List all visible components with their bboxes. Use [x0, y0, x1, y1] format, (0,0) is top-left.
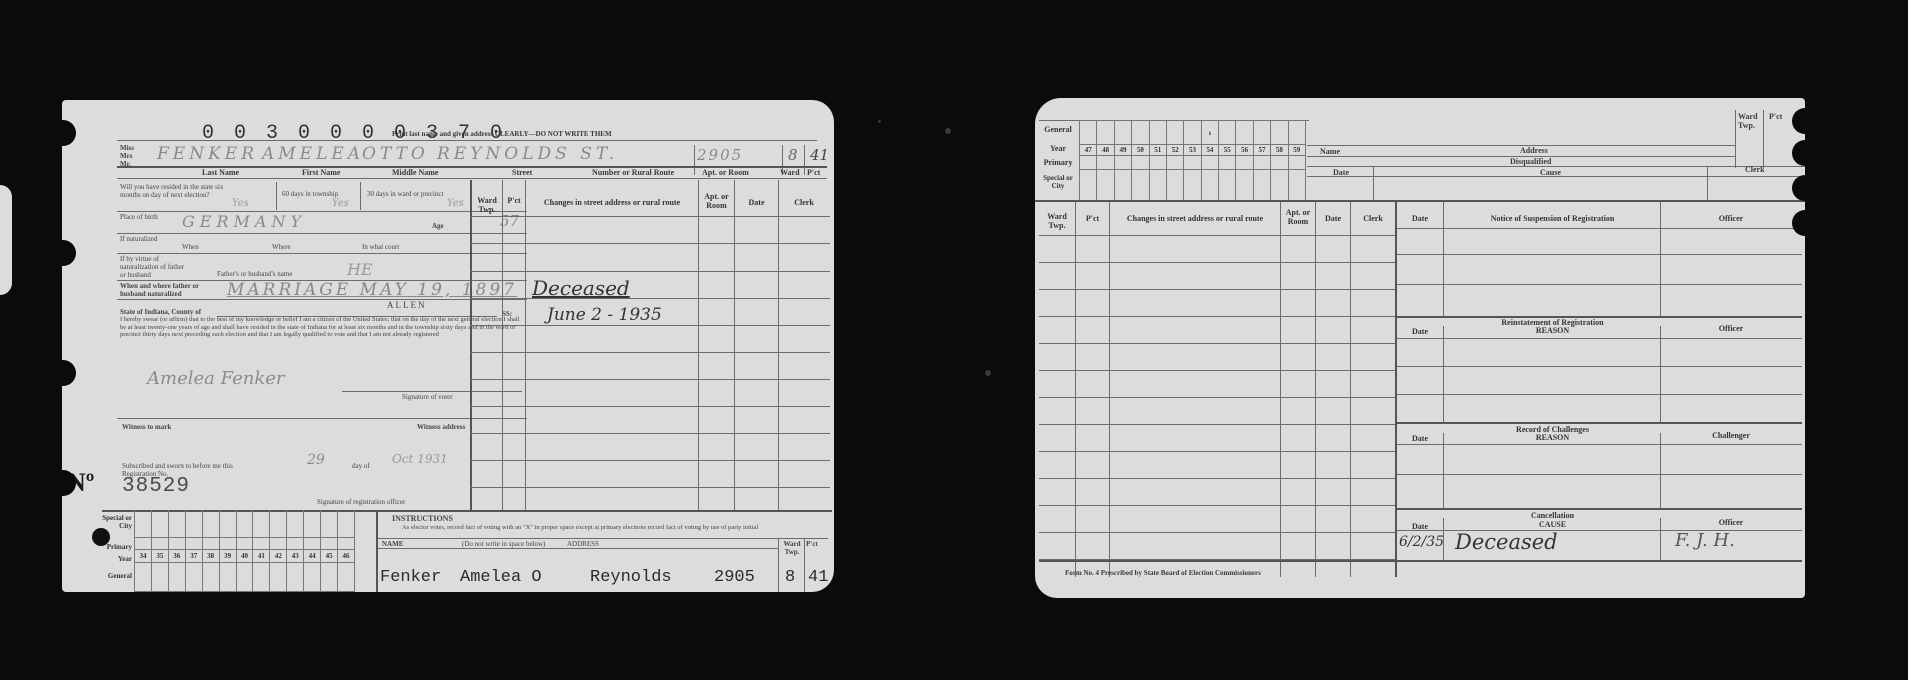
back-ward-label: Ward Twp. [1738, 112, 1763, 130]
cancellation-officer-value: F. J. H. [1675, 530, 1735, 551]
cancellation-col-cause: CAUSE [1445, 520, 1660, 529]
front-year-46: 46 [338, 550, 355, 563]
father-husband-naturalized-label: When and where father or husband natural… [120, 282, 210, 298]
salutation-mrs: Mrs [120, 152, 132, 160]
naturalized-court-label: In what court [362, 243, 399, 251]
back-col-clerk: Clerk [1351, 214, 1395, 223]
reinstatement-col-reason: REASON [1445, 326, 1660, 335]
birth-place-value: GERMANY [182, 212, 306, 231]
back-grid-label-year: Year [1039, 144, 1077, 153]
naturalized-where-label: Where [272, 243, 291, 251]
suspension-col-officer: Officer [1661, 214, 1801, 223]
residence-township-answer: Yes [332, 198, 349, 209]
first-name-label: First Name [302, 168, 340, 177]
number-label: Number or Rural Route [592, 168, 674, 177]
header-instruction: Print last name and given address CLEARL… [392, 130, 612, 139]
back-year-58: 58 [1271, 145, 1288, 156]
back-clerk-label: Clerk [1745, 165, 1765, 174]
back-year-48: 48 [1097, 145, 1114, 156]
back-col-apt: Apt. or Room [1281, 208, 1315, 226]
back-col-date: Date [1316, 214, 1350, 223]
back-year-59: 59 [1289, 145, 1306, 156]
front-year-40: 40 [237, 550, 254, 563]
back-year-52: 52 [1167, 145, 1184, 156]
front-year-36: 36 [169, 550, 186, 563]
front-year-35: 35 [152, 550, 169, 563]
suspension-col-date: Date [1397, 214, 1443, 223]
front-col-date: Date [735, 198, 778, 207]
back-year-53: 53 [1184, 145, 1201, 156]
county-value: ALLEN [387, 301, 427, 309]
back-col-changes: Changes in street address or rural route [1111, 214, 1279, 223]
instructions-title: INSTRUCTIONS [392, 515, 453, 523]
voter-signature: Amelea Fenker [147, 368, 285, 389]
back-general-mark: ı [1202, 121, 1219, 145]
naturalized-label: If naturalized [120, 235, 170, 243]
cancellation-title: Cancellation [1445, 511, 1660, 520]
back-grid-label-special: Special or City [1039, 174, 1077, 190]
back-disqualified-label: Disqualified [1510, 157, 1551, 166]
front-year-34: 34 [135, 550, 152, 563]
last-name-value: FENKER [157, 144, 258, 164]
father-husband-naturalized-value: MARRIAGE MAY 19, 1897 [227, 280, 517, 300]
back-year-55: 55 [1219, 145, 1236, 156]
registrar-signature-label: Signature of registration officer [317, 498, 405, 506]
instructions-no-write-label: (Do not write in space below) [462, 540, 545, 548]
challenges-col-challenger: Challenger [1661, 431, 1801, 440]
cancellation-col-officer: Officer [1661, 518, 1801, 527]
front-year-37: 37 [186, 550, 203, 563]
typed-pct: 41 [808, 568, 828, 587]
ward-label: Ward [780, 168, 800, 177]
subscribed-label: Subscribed and sworn to before me this [122, 462, 233, 470]
residence-state-question: Will you have resided in the state six m… [120, 183, 230, 199]
residence-state-answer: Yes [232, 198, 249, 209]
front-year-41: 41 [253, 550, 270, 563]
form-footer: Form No. 4 Prescribed by State Board of … [1065, 569, 1261, 578]
back-grid-label-primary: Primary [1039, 158, 1077, 167]
middle-name-label: Middle Name [392, 168, 438, 177]
instructions-pct-label: P'ct [806, 540, 818, 548]
front-year-43: 43 [287, 550, 304, 563]
front-voting-grid: 34 35 36 37 38 39 40 41 42 43 44 45 46 [134, 510, 355, 592]
front-year-42: 42 [270, 550, 287, 563]
subscribed-month-year: Oct 1931 [392, 452, 448, 466]
oath-text: I hereby swear (or affirm) that to the b… [120, 316, 525, 339]
last-name-label: Last Name [202, 168, 239, 177]
registration-card-front: 0 0 3 0 0 0 0 3 7 0 Print last name and … [62, 100, 834, 592]
cancellation-date-value: 6/2/35 [1399, 534, 1444, 550]
front-col-ward: Ward Twp. [472, 196, 502, 214]
reinstatement-col-date: Date [1397, 327, 1443, 336]
pct-value: 41 [810, 146, 829, 164]
number-value: 2905 [697, 146, 743, 164]
middle-name-value: OTTO [362, 144, 429, 164]
residence-township-question: 60 days in township [282, 190, 352, 198]
typed-ward: 8 [785, 568, 795, 587]
day-of-label: day of [352, 462, 370, 470]
deceased-note: Deceased [532, 276, 630, 300]
suspension-col-notice: Notice of Suspension of Registration [1445, 214, 1660, 223]
registration-card-back: General Year Primary Special or City ı 4… [1035, 98, 1805, 598]
back-year-47: 47 [1080, 145, 1097, 156]
street-label: Street [512, 168, 532, 177]
front-year-45: 45 [321, 550, 338, 563]
back-grid-label-general: General [1039, 125, 1077, 134]
front-col-clerk: Clerk [779, 198, 829, 207]
signature-voter-label: Signature of voter [402, 393, 453, 401]
deceased-date-note: June 2 - 1935 [547, 305, 662, 325]
front-col-apt: Apt. or Room [699, 192, 734, 210]
back-col-pct: P'ct [1076, 214, 1109, 223]
instructions-ward-label: Ward Twp. [780, 540, 804, 556]
back-name-label: Name [1320, 147, 1340, 156]
back-year-57: 57 [1254, 145, 1271, 156]
back-year-51: 51 [1150, 145, 1167, 156]
front-grid-label-special: Special or City [90, 514, 132, 530]
street-value: REYNOLDS ST. [437, 144, 618, 164]
back-col-ward: Ward Twp. [1039, 212, 1075, 230]
front-col-pct: P'ct [503, 196, 525, 205]
back-year-49: 49 [1115, 145, 1132, 156]
back-year-56: 56 [1236, 145, 1253, 156]
residence-ward-question: 30 days in ward or precinct [367, 190, 447, 198]
back-year-50: 50 [1132, 145, 1149, 156]
front-year-39: 39 [220, 550, 237, 563]
pct-label: P'ct [807, 168, 820, 177]
first-name-value: AMELEA [262, 144, 364, 164]
witness-address-label: Witness address [417, 423, 465, 431]
ward-value: 8 [788, 146, 798, 164]
punch-hole [92, 528, 110, 546]
front-col-changes: Changes in street address or rural route [527, 198, 697, 207]
age-label: Age [432, 222, 444, 230]
apt-label: Apt. or Room [702, 168, 749, 177]
back-address-label: Address [1520, 146, 1548, 155]
birth-place-label: Place of birth [120, 213, 160, 221]
naturalized-when-label: When [182, 243, 199, 251]
residence-ward-answer: Yes [447, 198, 464, 209]
challenges-col-date: Date [1397, 434, 1443, 443]
typed-last-name: Fenker [380, 568, 441, 587]
typed-street: Reynolds [590, 568, 672, 587]
oath-county-line: State of Indiana, County of [120, 308, 201, 316]
instructions-text: As elector votes, record fact of voting … [402, 524, 822, 531]
instructions-name-label: NAME [382, 540, 403, 548]
father-husband-virtue-label: If by virtue of naturalization of father… [120, 255, 190, 279]
registration-number: 38529 [122, 475, 190, 498]
front-grid-label-general: General [90, 572, 132, 580]
salutation-miss: Miss [120, 144, 134, 152]
back-pct-label: P'ct [1769, 112, 1782, 121]
back-year-54: 54 [1202, 145, 1219, 156]
instructions-address-label: ADDRESS [567, 540, 599, 548]
father-husband-name-label: Father's or husband's name [217, 270, 292, 278]
subscribed-day: 29 [307, 452, 325, 468]
front-year-38: 38 [203, 550, 220, 563]
back-voting-grid: ı 47 48 49 50 51 52 53 54 55 56 57 58 59 [1079, 120, 1306, 201]
reinstatement-col-officer: Officer [1661, 324, 1801, 333]
typed-first-name: Amelea O [460, 568, 542, 587]
cancellation-cause-value: Deceased [1455, 530, 1558, 554]
front-grid-label-year: Year [90, 555, 132, 563]
challenges-col-reason: REASON [1445, 433, 1660, 442]
typed-number: 2905 [714, 568, 755, 587]
father-husband-name-value: HE [347, 260, 373, 279]
front-year-44: 44 [304, 550, 321, 563]
witness-mark-label: Witness to mark [122, 423, 171, 431]
